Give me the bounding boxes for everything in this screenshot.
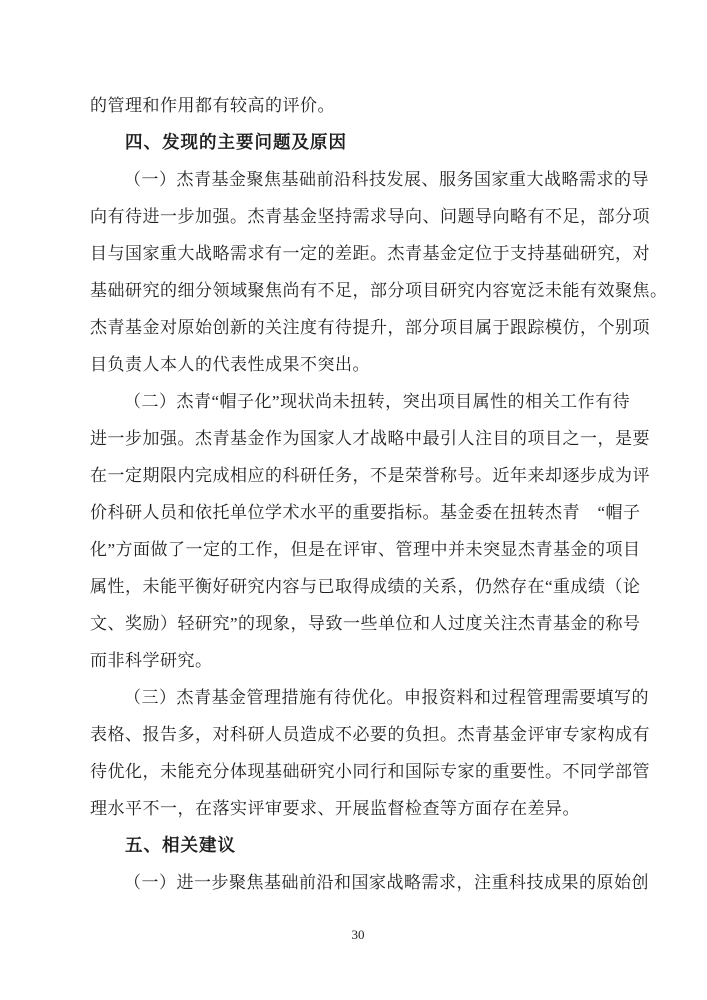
paragraph-line: 文、奖励）轻研究”的现象，导致一些单位和人过度关注杰青基金的称号 xyxy=(90,605,626,642)
body-line-continuation: 的管理和作用都有较高的评价。 xyxy=(90,87,626,124)
document-page: 的管理和作用都有较高的评价。 四、发现的主要问题及原因 （一）杰青基金聚焦基础前… xyxy=(0,0,707,1000)
paragraph-line: 待优化，未能充分体现基础研究小同行和国际专家的重要性。不同学部管 xyxy=(90,753,626,790)
paragraph-line: 杰青基金对原始创新的关注度有待提升，部分项目属于跟踪模仿，个别项 xyxy=(90,309,626,346)
paragraph-line: 价科研人员和依托单位学术水平的重要指标。基金委在扭转杰青 “帽子 xyxy=(90,494,626,531)
paragraph-line: （三）杰青基金管理措施有待优化。申报资料和过程管理需要填写的 xyxy=(90,679,626,716)
paragraph-line: 而非科学研究。 xyxy=(90,642,626,679)
paragraph-line: 进一步加强。杰青基金作为国家人才战略中最引人注目的项目之一，是要 xyxy=(90,420,626,457)
paragraph-line: 基础研究的细分领域聚焦尚有不足，部分项目研究内容宽泛未能有效聚焦。 xyxy=(90,272,626,309)
paragraph-line: 属性，未能平衡好研究内容与已取得成绩的关系，仍然存在“重成绩（论 xyxy=(90,568,626,605)
paragraph-line: 向有待进一步加强。杰青基金坚持需求导向、问题导向略有不足，部分项 xyxy=(90,198,626,235)
paragraph-line: （二）杰青“帽子化”现状尚未扭转，突出项目属性的相关工作有待 xyxy=(90,383,626,420)
paragraph-line: 目负责人本人的代表性成果不突出。 xyxy=(90,346,626,383)
paragraph-line: （一）杰青基金聚焦基础前沿科技发展、服务国家重大战略需求的导 xyxy=(90,161,626,198)
section-heading-4: 四、发现的主要问题及原因 xyxy=(90,124,626,161)
page-number: 30 xyxy=(90,928,626,941)
paragraph-line: 理水平不一，在落实评审要求、开展监督检查等方面存在差异。 xyxy=(90,790,626,827)
section-heading-5: 五、相关建议 xyxy=(90,827,626,864)
paragraph-line: 目与国家重大战略需求有一定的差距。杰青基金定位于支持基础研究，对 xyxy=(90,235,626,272)
paragraph-line: 化”方面做了一定的工作，但是在评审、管理中并未突显杰青基金的项目 xyxy=(90,531,626,568)
paragraph-line: 表格、报告多，对科研人员造成不必要的负担。杰青基金评审专家构成有 xyxy=(90,716,626,753)
paragraph-line: （一）进一步聚焦基础前沿和国家战略需求，注重科技成果的原始创 xyxy=(90,864,626,901)
paragraph-line: 在一定期限内完成相应的科研任务，不是荣誉称号。近年来却逐步成为评 xyxy=(90,457,626,494)
